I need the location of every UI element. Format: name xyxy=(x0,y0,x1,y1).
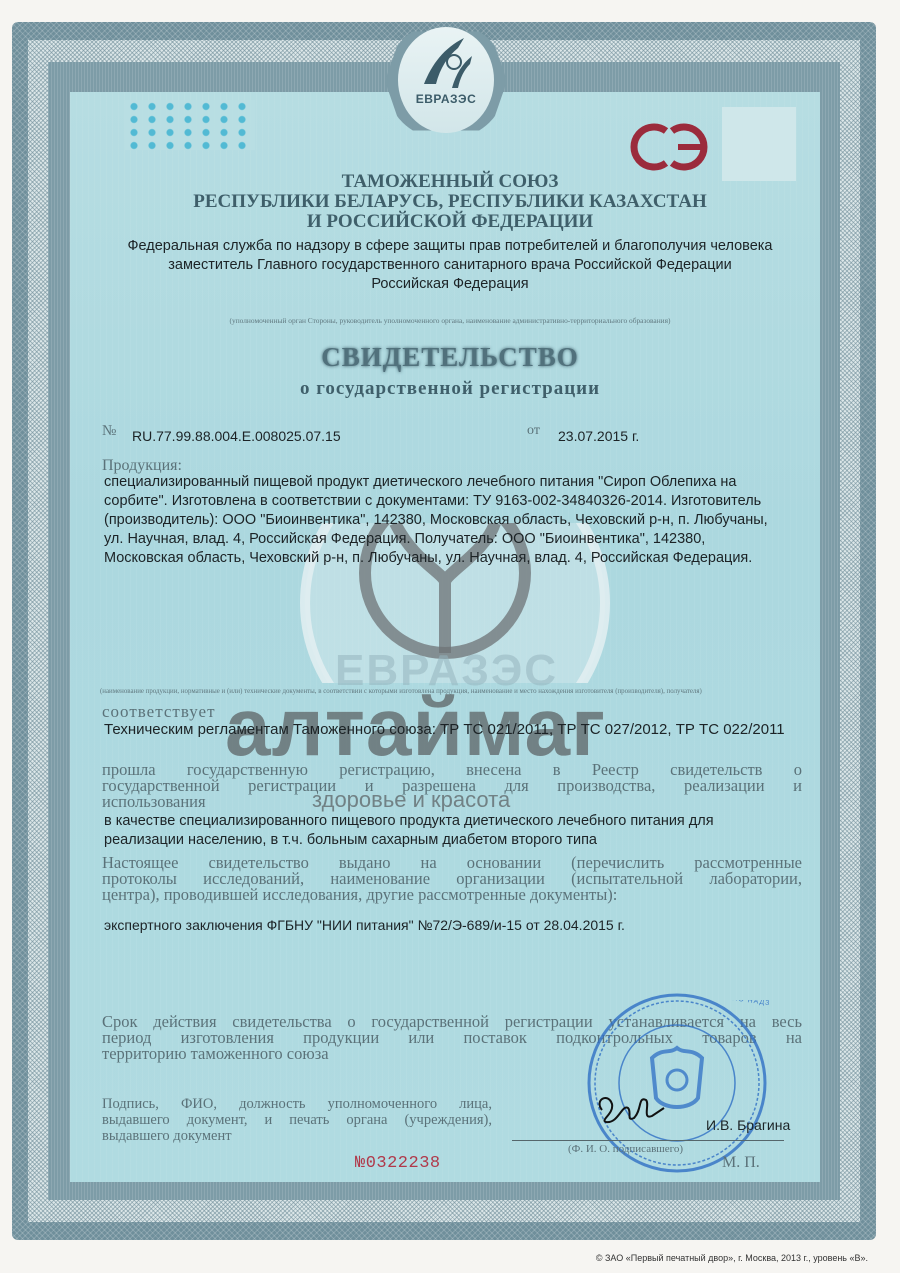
header-line1: ТАМОЖЕННЫЙ СОЮЗ xyxy=(100,172,800,192)
tagline-watermark: здоровье и красота xyxy=(312,787,510,813)
compliance-label: соответствует xyxy=(102,702,216,722)
authority-line2: заместитель Главного государственного са… xyxy=(90,256,810,275)
printer-footer: © ЗАО «Первый печатный двор», г. Москва,… xyxy=(596,1253,868,1263)
hologram-patch xyxy=(125,100,255,150)
handwritten-signature-icon xyxy=(592,1090,672,1130)
seal-label: М. П. xyxy=(722,1154,760,1172)
authority-line1: Федеральная служба по надзору в сфере за… xyxy=(90,237,810,256)
usage-line: реализации населению, в т.ч. больным сах… xyxy=(104,831,804,850)
product-line: ул. Научная, влад. 4, Российская Федерац… xyxy=(104,530,804,549)
basis-statement: Настоящее свидетельство выдано на основа… xyxy=(102,855,802,903)
product-line: Московская область, Чеховский р-н, п. Лю… xyxy=(104,549,804,568)
signature-caption-line: Подпись, ФИО, должность уполномоченного … xyxy=(102,1096,492,1112)
form-serial-number: №0322238 xyxy=(355,1154,441,1173)
product-description: специализированный пищевой продукт диети… xyxy=(104,473,804,568)
signer-name: И.В. Брагина xyxy=(706,1116,790,1135)
usage-line: в качестве специализированного пищевого … xyxy=(104,812,804,831)
authority-line3: Российская Федерация xyxy=(90,275,810,294)
authority-caption: (уполномоченный орган Стороны, руководит… xyxy=(100,316,800,325)
registration-number: RU.77.99.88.004.Е.008025.07.15 xyxy=(132,427,341,446)
number-label: № xyxy=(102,423,116,440)
header-line3: И РОССИЙСКОЙ ФЕДЕРАЦИИ xyxy=(100,212,800,232)
stamp-text-ring: ФЕДЕРАЛЬНАЯ СЛУЖБА ПО НАДЗОРУ В СФЕРЕ ЗА… xyxy=(628,1000,770,1035)
signature-caption-line: выдавшего документ xyxy=(102,1128,492,1144)
product-line: специализированный пищевой продукт диети… xyxy=(104,473,804,492)
usage-description: в качестве специализированного пищевого … xyxy=(104,812,804,850)
signature-caption: Подпись, ФИО, должность уполномоченного … xyxy=(102,1096,492,1144)
product-line: сорбите". Изготовлена в соответствии с д… xyxy=(104,492,804,511)
compliance-value: Техническим регламентам Таможенного союз… xyxy=(104,720,785,739)
conformity-mark-icon xyxy=(628,121,712,173)
security-patch xyxy=(722,107,796,181)
registration-date: 23.07.2015 г. xyxy=(558,427,639,446)
signer-caption: (Ф. И. О. подписавшего) xyxy=(568,1143,683,1155)
document-title: СВИДЕТЕЛЬСТВО xyxy=(100,342,800,373)
basis-line: центра), проводившей исследования, други… xyxy=(102,887,802,903)
eurasec-logo-text: ЕВРАЗЭС xyxy=(398,92,494,106)
signature-caption-line: выдавшего документ, и печать органа (учр… xyxy=(102,1112,492,1128)
basis-value: экспертного заключения ФГБНУ "НИИ питани… xyxy=(104,916,625,935)
date-label: от xyxy=(527,423,540,439)
document-subtitle: о государственной регистрации xyxy=(100,378,800,400)
product-line: (производитель): ООО "Биоинвентика", 142… xyxy=(104,511,804,530)
header-line2: РЕСПУБЛИКИ БЕЛАРУСЬ, РЕСПУБЛИКИ КАЗАХСТА… xyxy=(100,192,800,212)
eurasec-logo-icon xyxy=(418,34,476,92)
signature-line xyxy=(512,1140,784,1141)
